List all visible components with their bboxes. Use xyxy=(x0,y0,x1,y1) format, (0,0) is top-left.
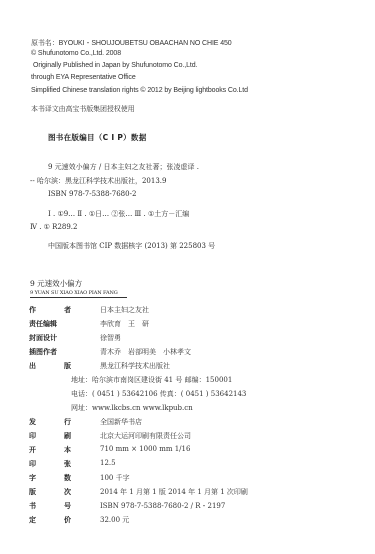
cip-line-1: 9 元速效小偏方 / 日本主妇之友社著；张凌虚译 . xyxy=(48,162,199,172)
colophon-value: 日本主妇之友社 xyxy=(100,305,149,315)
colophon-value: 徐智勇 xyxy=(100,333,121,343)
colophon-row-publisher: 出版 黑龙江科学技术出版社 xyxy=(29,361,71,371)
colophon-label: 责任编辑 xyxy=(29,319,71,329)
colophon-label: 字数 xyxy=(29,473,71,483)
colophon-value: 710 mm × 1000 mm 1/16 xyxy=(100,445,190,453)
colophon-value: 全国新华书店 xyxy=(100,417,142,427)
through-line: through EYA Representative Office xyxy=(31,74,136,81)
cip-classification-2: Ⅳ . ① R289.2 xyxy=(30,223,77,231)
colophon-label: 版次 xyxy=(29,487,71,497)
cip-line-2: -- 哈尔滨：黑龙江科学技术出版社，2013.9 xyxy=(30,176,166,186)
authorization-line: 本书译文由高宝书版集团授权使用 xyxy=(31,104,135,114)
colophon-label: 印刷 xyxy=(29,431,71,441)
cip-heading: 图书在版编目（C I P）数据 xyxy=(48,132,147,143)
publisher-address: 地址：哈尔滨市南岗区建设街 41 号 邮编：150001 xyxy=(71,375,232,385)
colophon-row-distributor: 发行 全国新华书店 xyxy=(29,417,71,427)
colophon-label: 印张 xyxy=(29,459,71,469)
colophon-value: 黑龙江科学技术出版社 xyxy=(100,361,170,371)
colophon-label: 定价 xyxy=(29,515,71,525)
colophon-label: 开本 xyxy=(29,445,71,455)
copyright-line: © Shufunotomo Co.,Ltd. 2008 xyxy=(31,50,121,57)
book-title-cn: 9 元速效小偏方 xyxy=(30,278,82,289)
colophon-row-editor: 责任编辑 李欣育 王 研 xyxy=(29,319,71,329)
colophon-row-edition: 版次 2014 年 1 月第 1 版 2014 年 1 月第 1 次印刷 xyxy=(29,487,71,497)
originally-published-line: Originally Published in Japan by Shufuno… xyxy=(33,62,197,69)
cip-number: 中国版本图书馆 CIP 数据核字 (2013) 第 225803 号 xyxy=(48,241,215,251)
colophon-label: 出版 xyxy=(29,361,71,371)
cip-isbn: ISBN 978-7-5388-7680-2 xyxy=(48,190,136,198)
colophon-row-word-count: 字数 100 千字 xyxy=(29,473,71,483)
colophon-row-author: 作者 日本主妇之友社 xyxy=(29,305,71,315)
colophon-label: 作者 xyxy=(29,305,71,315)
colophon-value: 12.5 xyxy=(100,459,116,467)
colophon-row-cover-design: 封面设计 徐智勇 xyxy=(29,333,71,343)
colophon-row-sheets: 印张 12.5 xyxy=(29,459,71,469)
colophon-label: 插图作者 xyxy=(29,347,71,357)
colophon-label: 书号 xyxy=(29,501,71,511)
publisher-website: 网址：www.lkcbs.cn www.lkpub.cn xyxy=(71,403,193,413)
translation-rights-line: Simplified Chinese translation rights © … xyxy=(31,87,248,94)
colophon-label: 封面设计 xyxy=(29,333,71,343)
colophon-row-price: 定价 32.00 元 xyxy=(29,515,71,525)
colophon-value: 青木乔 岩部明美 小林孝文 xyxy=(100,347,191,357)
colophon-value: 100 千字 xyxy=(100,473,130,483)
publisher-phone: 电话：( 0451 ) 53642106 传真：( 0451 ) 5364214… xyxy=(71,389,246,399)
colophon-row-printer: 印刷 北京大运河印刷有限责任公司 xyxy=(29,431,71,441)
colophon-row-format: 开本 710 mm × 1000 mm 1/16 xyxy=(29,445,71,455)
original-title: 原书名：BYOUKI・SHOUJOUBETSU OBAACHAN NO CHIE… xyxy=(31,38,232,48)
colophon-value: 32.00 元 xyxy=(100,515,129,525)
colophon-value: ISBN 978-7-5388-7680-2 / R・2197 xyxy=(100,501,225,511)
colophon-row-illustrator: 插图作者 青木乔 岩部明美 小林孝文 xyxy=(29,347,71,357)
book-title-pinyin: 9 YUAN SU XIAO XIAO PIAN FANG xyxy=(30,290,127,298)
colophon-value: 2014 年 1 月第 1 版 2014 年 1 月第 1 次印刷 xyxy=(100,487,248,497)
colophon-value: 李欣育 王 研 xyxy=(100,319,149,329)
colophon-label: 发行 xyxy=(29,417,71,427)
colophon-row-book-number: 书号 ISBN 978-7-5388-7680-2 / R・2197 xyxy=(29,501,71,511)
colophon-value: 北京大运河印刷有限责任公司 xyxy=(100,431,191,441)
cip-classification-1: Ⅰ . ①9… Ⅱ . ①日… ②张… Ⅲ . ①土方－汇编 xyxy=(48,209,189,219)
